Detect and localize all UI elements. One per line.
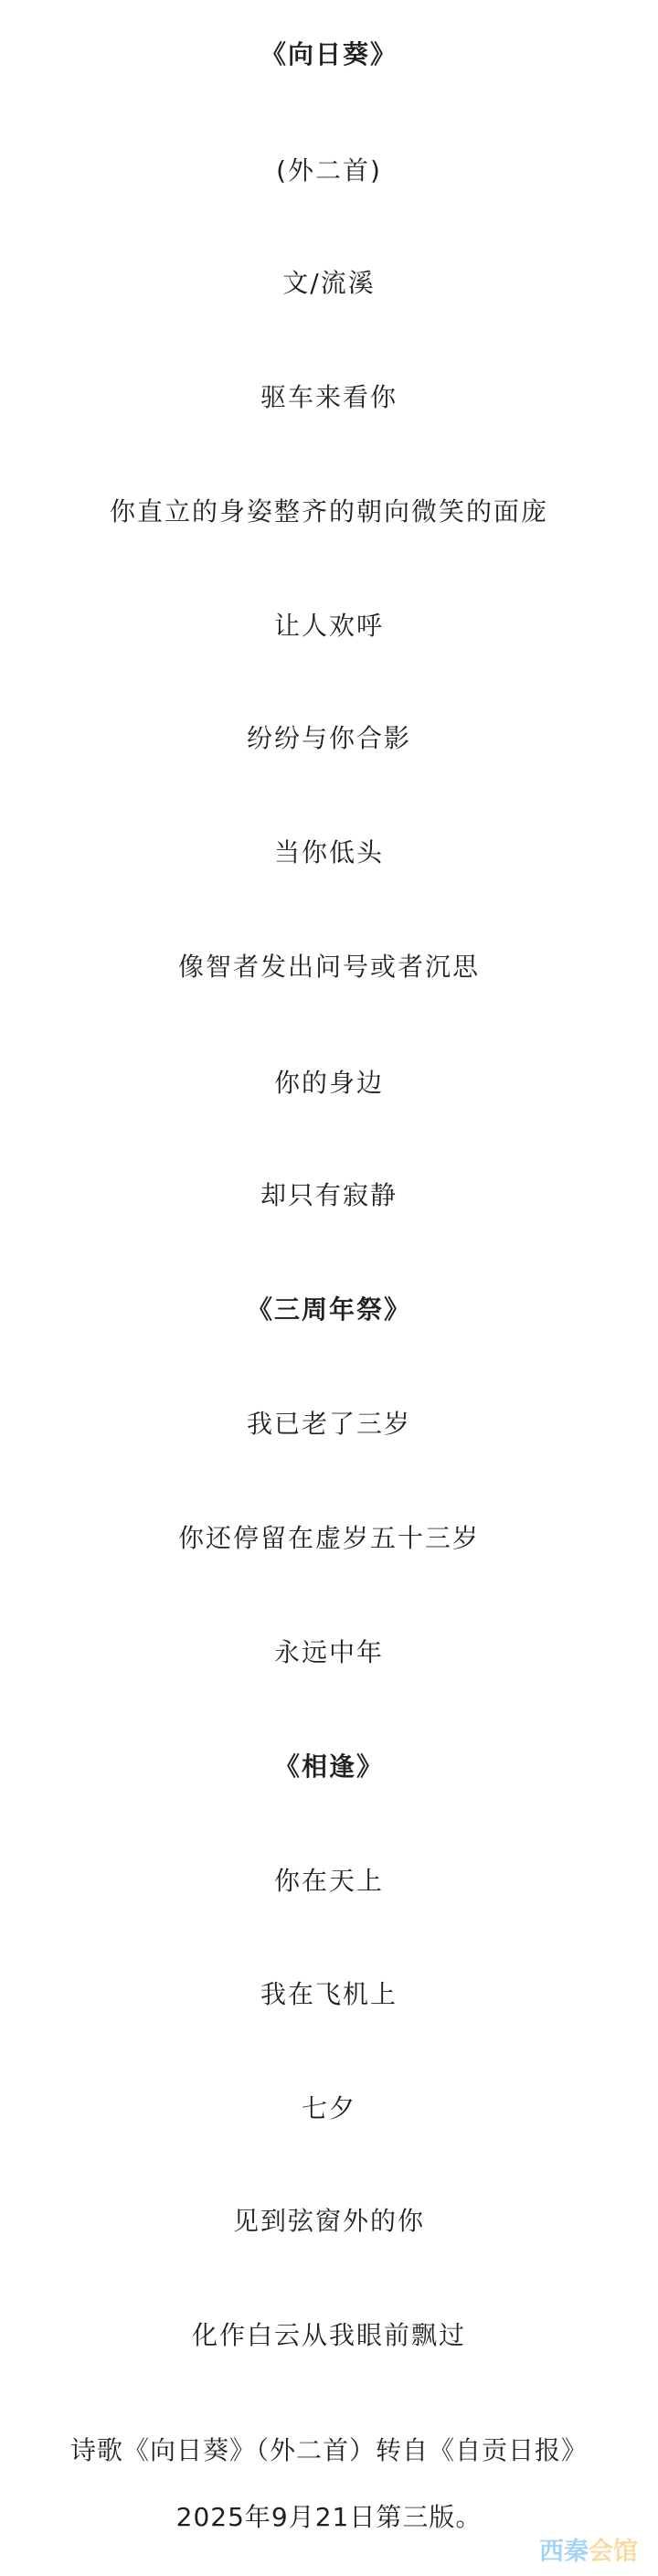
poem-title: 《相逢》	[0, 1749, 658, 1785]
poem-line: 化作白云从我眼前飘过	[0, 2317, 658, 2354]
poem-line: 你直立的身姿整齐的朝向微笑的面庞	[0, 494, 658, 530]
poem-line: 七夕	[0, 2091, 658, 2127]
source-note: 诗歌《向日葵》（外二首）转自《自贡日报》 2025年9月21日第三版。	[37, 2417, 621, 2550]
poem-line: 当你低头	[0, 835, 658, 871]
poem-line: 却只有寂静	[0, 1177, 658, 1214]
poem-line: 纷纷与你合影	[0, 720, 658, 757]
poem-line: 永远中年	[0, 1634, 658, 1671]
article-subtitle: (外二首)	[0, 153, 658, 189]
poem-line: 你在天上	[0, 1863, 658, 1900]
poem-line: 让人欢呼	[0, 608, 658, 644]
watermark-text-part2: 会馆	[589, 2538, 638, 2566]
author-byline: 文/流溪	[0, 265, 658, 302]
poem-title: 《三周年祭》	[0, 1292, 658, 1328]
article-title: 《向日葵》	[0, 37, 658, 73]
source-note-line: 诗歌《向日葵》（外二首）转自《自贡日报》	[37, 2417, 621, 2484]
watermark-logo: 西秦会馆	[539, 2539, 638, 2565]
poem-line: 像智者发出问号或者沉思	[0, 949, 658, 985]
poem-line: 驱车来看你	[0, 379, 658, 416]
poem-line: 见到弦窗外的你	[0, 2203, 658, 2240]
watermark-text-part1: 西秦	[539, 2538, 589, 2566]
poem-line: 我在飞机上	[0, 1976, 658, 2013]
source-note-line: 2025年9月21日第三版。	[37, 2484, 621, 2550]
article: 《向日葵》 (外二首) 文/流溪 驱车来看你 你直立的身姿整齐的朝向微笑的面庞 …	[0, 0, 658, 2576]
poem-line: 我已老了三岁	[0, 1406, 658, 1442]
poem-line: 你还停留在虚岁五十三岁	[0, 1520, 658, 1557]
poem-line: 你的身边	[0, 1065, 658, 1102]
